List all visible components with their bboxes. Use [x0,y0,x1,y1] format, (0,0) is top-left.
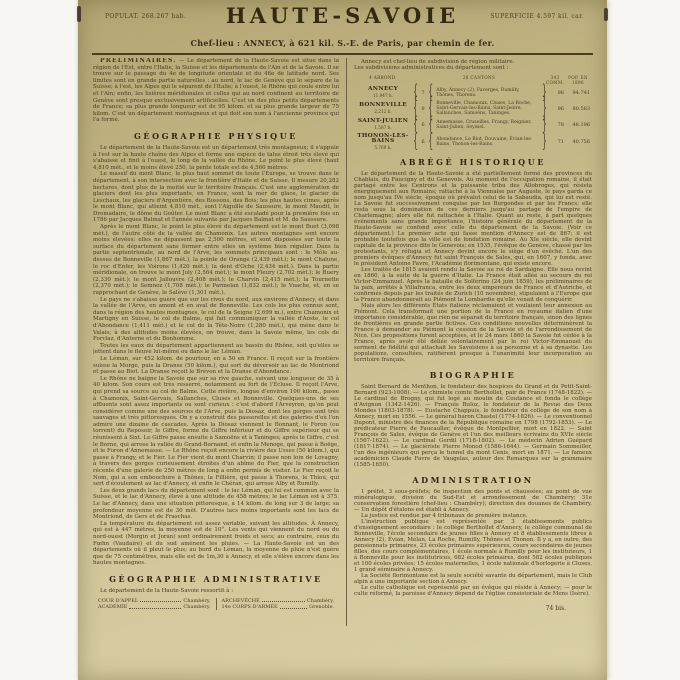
geo-physique-paragraph: Le Rhône ne baigne la Savoie que sur sa … [93,376,339,488]
administration-paragraph: Le culte catholique est représenté par u… [354,585,592,597]
geo-physique-paragraph: Après le mont Blanc, le point le plus él… [93,224,339,297]
administration-paragraph: L'instruction publique est représentée p… [354,519,592,573]
preliminaires-text: — Le département de la Haute-Savoie est … [93,58,339,123]
section-heading-administration: ADMINISTRATION [354,475,592,485]
chef-lieu-population: 11.947 h. [354,93,412,99]
cantons-count: 7 [419,90,427,96]
cantons-list: Abondance, Le Biot, Douvaine, Évian-les-… [434,137,541,147]
ressort-value: Grenoble. [309,604,334,610]
cantons-list: Alby, Annecy (2), Faverges, Rumilly, Thô… [434,88,541,98]
section-heading-abrege-historique: ABRÉGÉ HISTORIQUE [354,157,592,167]
dot-leader [129,608,181,609]
historique-paragraph: Les traités de 1815 avaient rendu la Sav… [354,267,592,303]
header-rule [92,53,593,55]
subdivisions-intro: Annecy est chef-lieu de subdivision de r… [354,59,592,71]
arrondissement-population: 40.756 [564,139,592,145]
preliminaires-paragraph: PRÉLIMINAIRES. — Le département de la Ha… [93,58,339,124]
geo-physique-paragraph: Les deux grands lacs du département sont… [93,488,339,521]
geo-physique-paragraph: Le département de la Haute-Savoie est un… [93,145,339,171]
arrondissement-population: 48.196 [564,122,592,128]
subdivisions-table-header: 4 ARROND. 28 CANTONS 343 COMM. POP. EN 1… [354,75,592,85]
cantons-list: Bonneville, Chamonix, Cluses, La Roche, … [434,101,541,116]
chef-lieu-population: 1.587 h. [354,125,412,131]
header-communes: 343 COMM. [546,75,564,85]
header-population: POP. EN 1896 [564,75,592,85]
chef-lieu-population: 5.769 h. [354,145,412,151]
preliminaires-label: PRÉLIMINAIRES. [100,58,177,64]
subdivisions-table: 4 ARROND. 28 CANTONS 343 COMM. POP. EN 1… [354,75,592,150]
table-row: BONNEVILLE2.212 h. 9 Bonneville, Chamoni… [354,101,592,116]
communes-count: 71 [548,139,564,145]
ressort-label: 14e CORPS D'ARMÉE [222,604,278,610]
table-row: THONON-LES-BAINS5.769 h. 6 Abondance, Le… [354,134,592,151]
brace-glyph [413,133,418,151]
geo-physique-paragraph: Le pays ne s'abaisse guère que sur les r… [93,297,339,343]
communes-count: 78 [548,122,564,128]
communes-count: 98 [548,90,564,96]
ressort-row: ACADÉMIE Chambéry. [98,604,211,610]
geo-physique-paragraph: La température du département est assez … [93,521,339,567]
cantons-count: 9 [419,106,427,112]
administration-paragraph: 1 préfet, 3 sous-préfets; 6e inspection … [354,489,592,513]
administration-paragraph: La Société florimontane est la seule soc… [354,573,592,585]
table-row: SAINT-JULIEN1.587 h. 6 Annemasse, Crusei… [354,119,592,130]
right-column: Annecy est chef-lieu de subdivision de r… [347,58,592,680]
ressort-label: ACADÉMIE [98,604,127,610]
geo-physique-paragraph: Le massif du mont Blanc, le plus haut so… [93,171,339,224]
arrondissement-name: SAINT-JULIEN1.587 h. [354,119,412,130]
dot-leader [140,601,181,602]
arrondissement-name: BONNEVILLE2.212 h. [354,103,412,114]
document-page: POPULAT. 268.267 hab. HAUTE-SAVOIE SUPER… [78,0,607,680]
cantons-count: 6 [419,122,427,128]
section-heading-geographie-physique: GÉOGRAPHIE PHYSIQUE [93,131,339,141]
left-column: PRÉLIMINAIRES. — Le département de la Ha… [93,58,346,680]
two-column-body: PRÉLIMINAIRES. — Le département de la Ha… [93,58,592,680]
page-number: 74 bis. [354,605,592,612]
arrondissement-name: THONON-LES-BAINS5.769 h. [354,134,412,151]
arrondissement-population: 80.583 [564,106,592,112]
brace-glyph [428,133,433,151]
ressort-value: Chambéry. [183,604,210,610]
historique-paragraph: Mais alors les différents États italiens… [354,303,592,363]
geo-admin-intro: Le département de la Haute-Savoie ressor… [93,588,339,595]
arrondissement-population: 94.741 [564,90,592,96]
dot-leader [280,608,307,609]
ressort-table: COUR D'APPEL Chambéry, ACADÉMIE Chambéry… [93,598,339,611]
brace-glyph [542,133,547,151]
subdivisions-intro-line2: Les subdivisions administratives du dépa… [354,65,592,71]
section-heading-biographie: BIOGRAPHIE [354,370,592,380]
communes-count: 96 [548,106,564,112]
cantons-list: Annemasse, Cruseilles, Frangy, Reignier,… [434,120,541,130]
geo-physique-paragraph: Toutes les eaux du département appartien… [93,343,339,356]
ressort-right: ARCHEVÊCHÉ Chambéry, 14e CORPS D'ARMÉE G… [216,598,340,611]
biographie-paragraph: Saint Bernard de Menthon, le fondateur d… [354,384,592,468]
section-heading-geographie-administrative: GÉOGRAPHIE ADMINISTRATIVE [93,574,339,584]
geo-physique-paragraph: Le Léman, sur 452 kilom. de pourtour, en… [93,356,339,376]
dot-leader [262,601,305,602]
chef-lieu-line: Chef-lieu : ANNECY, à 621 kil. S.-E. de … [78,38,607,48]
cantons-count: 6 [419,139,427,145]
header-arrondissements: 4 ARROND. [354,75,412,85]
historique-paragraph: Le département de la Haute-Savoie a été … [354,171,592,267]
table-row: ANNECY11.947 h. 7 Alby, Annecy (2), Fave… [354,87,592,98]
ressort-row: 14e CORPS D'ARMÉE Grenoble. [222,604,335,610]
arrondissement-name: ANNECY11.947 h. [354,87,412,98]
ressort-left: COUR D'APPEL Chambéry, ACADÉMIE Chambéry… [93,598,216,611]
superficie-stat: SUPERFICIE 4.597 kil. car. [490,13,584,20]
chef-lieu-population: 2.212 h. [354,109,412,115]
